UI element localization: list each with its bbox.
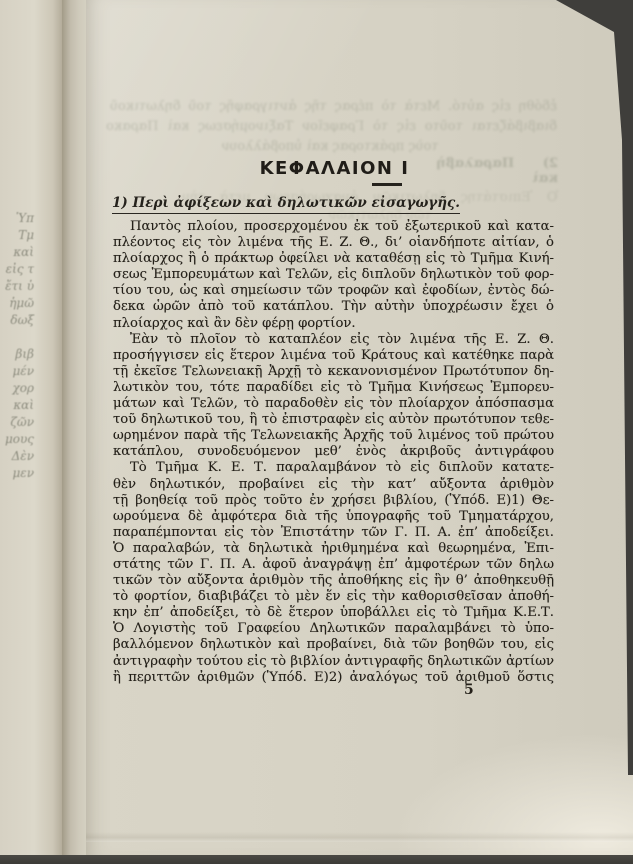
body-line: θὲν δηλωτικόν, προβαίνει εἰς τὴν κατ’ αὔ… [113,477,554,493]
margin-fragments: ὙπΤμκαὶεἰς τἔτι ὑἡμῶδωξβιβμένχορκαὶζῶνμο… [0,210,36,482]
margin-fragment: δωξ [0,312,34,329]
body-line: δεκα ὡρῶν ἀπὸ τοῦ κατάπλου. Τὴν αὐτὴν ὑπ… [113,299,554,315]
body-line: ἀντιγραφὴν τούτου εἰς τὸ βιβλίον ἀντιγρα… [113,654,554,670]
margin-fragment [0,329,34,346]
body-line: Ὁ παραλαβών, τὰ δηλωτικὰ ἠριθμημένα καὶ … [113,541,554,557]
body-line: πλοίαρχος καὶ ἂν δὲν φέρῃ φορτίον. [113,316,554,332]
margin-fragment: εἰς τ [0,261,34,278]
body-line: πλέοντος εἰς τὸν λιμένα τῆς Ε. Ζ. Θ., δι… [113,235,554,251]
margin-fragment: Ὑπ [0,210,34,227]
margin-fragment: καὶ [0,244,34,261]
margin-fragment: μέν [0,363,34,380]
margin-fragment: καὶ [0,397,34,414]
body-line: μάτων καὶ Τελῶν, τὸ παραδοθὲν εἰς τὸν πλ… [113,396,554,412]
section-heading: 1) Περὶ ἀφίξεων καὶ δηλωτικῶν εἰσαγωγῆς. [112,195,572,211]
body-line: ωρημένον παρὰ τῆς Τελωνειακῆς Ἀρχῆς τοῦ … [113,428,554,444]
margin-fragment: ζῶν [0,414,34,431]
body-line: βαλλόμενον δηλωτικὸν καὶ προβαίνει, διὰ … [113,637,554,653]
body-line: τῇ ἐκεῖσε Τελωνειακῇ Ἀρχῇ τὸ κεκανονισμέ… [113,364,554,380]
body-line: τὸ φορτίον, διαβιβάζει τὸ μὲν ἕν εἰς τὴν… [113,589,554,605]
body-line: ἢ περιττῶν ἀριθμῶν (Ὑπόδ. Ε)2) ἀναλόγως … [113,670,554,686]
body-line: κην ἐπ’ ἀποδείξει, τὸ δὲ ἕτερον ὑποβάλλε… [113,605,554,621]
margin-fragment: βιβ [0,346,34,363]
margin-fragment: ἡμῶ [0,295,34,312]
ghost-text-line: ἐδόθη εἰς αὐτό. Μετὰ τὸ πέρας τῆς ἀντιγρ… [110,99,557,114]
body-line: λωτικὸν του, τότε παραδίδει εἰς τὸ Τμῆμα… [113,380,554,396]
underlying-page-edge: ὙπΤμκαὶεἰς τἔτι ὑἡμῶδωξβιβμένχορκαὶζῶνμο… [0,0,62,864]
gutter-shadow [62,0,86,864]
ghost-text-line: τοὺς πράκτορας καὶ ὑποβάλλουν [216,139,444,154]
body-line: σεως Ἐμπορευμάτων καὶ Τελῶν, εἰς διπλοῦν… [113,267,554,283]
page-number: 5 [464,682,474,698]
photo-background-bottom [0,855,633,864]
title-rule [372,183,402,186]
margin-fragment: μους [0,431,34,448]
body-line: Τὸ Τμῆμα Κ. Ε. Τ. παραλαμβάνον τὸ εἰς δι… [113,460,554,476]
margin-fragment: Δὲν [0,448,34,465]
body-line: τῇ βοηθείᾳ τοῦ πρὸς τοῦτο ἐν χρήσει βιβλ… [113,493,554,509]
body-line: Ὁ Λογιστὴς τοῦ Γραφείου Δηλωτικῶν παραλα… [113,621,554,637]
body-line: πλοίαρχος ἢ ὁ πράκτωρ ὀφείλει νὰ καταθέσ… [113,251,554,267]
chapter-title: ΚΕΦΑΛΑΙΟΝ Ι [113,158,556,179]
book-photo: ὙπΤμκαὶεἰς τἔτι ὑἡμῶδωξβιβμένχορκαὶζῶνμο… [0,0,633,864]
margin-fragment: ἔτι ὑ [0,278,34,295]
margin-fragment: μεν [0,465,34,482]
body-line: κατάπλου, συνοδευόμενον μεθ’ ἑνὸς ἀκριβο… [113,444,554,460]
body-line: τοῦ δηλωτικοῦ του, ἢ τὸ ἐπιστραφὲν εἰς α… [113,412,554,428]
body-line: στάτης τῶν Γ. Π. Α. ἀφοῦ ἀναγράψῃ ἐπ’ ἀμ… [113,557,554,573]
body-line: προσήγγισεν εἰς ἕτερον λιμένα τοῦ Κράτου… [113,348,554,364]
body-line: Ἐὰν τὸ πλοῖον τὸ καταπλέον εἰς τὸν λιμέν… [113,332,554,348]
margin-fragment: Τμ [0,227,34,244]
body-line: ωρούμενα δὲ ἀμφότερα διὰ τῆς ὑπογραφῆς τ… [113,509,554,525]
section-heading-text: 1) Περὶ ἀφίξεων καὶ δηλωτικῶν εἰσαγωγῆς. [112,195,460,214]
body-text: Παντὸς πλοίου, προσερχομένου ἐκ τοῦ ἐξωτ… [113,219,554,686]
fold-crease [86,832,633,842]
body-line: παραπέμπονται εἰς τὸν Ἐπιστάτην τῶν Γ. Π… [113,525,554,541]
body-line: Παντὸς πλοίου, προσερχομένου ἐκ τοῦ ἐξωτ… [113,219,554,235]
body-line: τίου του, ὡς καὶ σημείωσιν τῶν τροφῶν κα… [113,283,554,299]
margin-fragment: χορ [0,380,34,397]
ghost-text-line: διαβιβάζεται τοῦτο εἰς τὸ Γραφεῖον Ταξιν… [106,119,557,134]
body-line: τικῶν τὸν αὔξοντα ἀριθμὸν τῆς ἀποθήκης ε… [113,573,554,589]
